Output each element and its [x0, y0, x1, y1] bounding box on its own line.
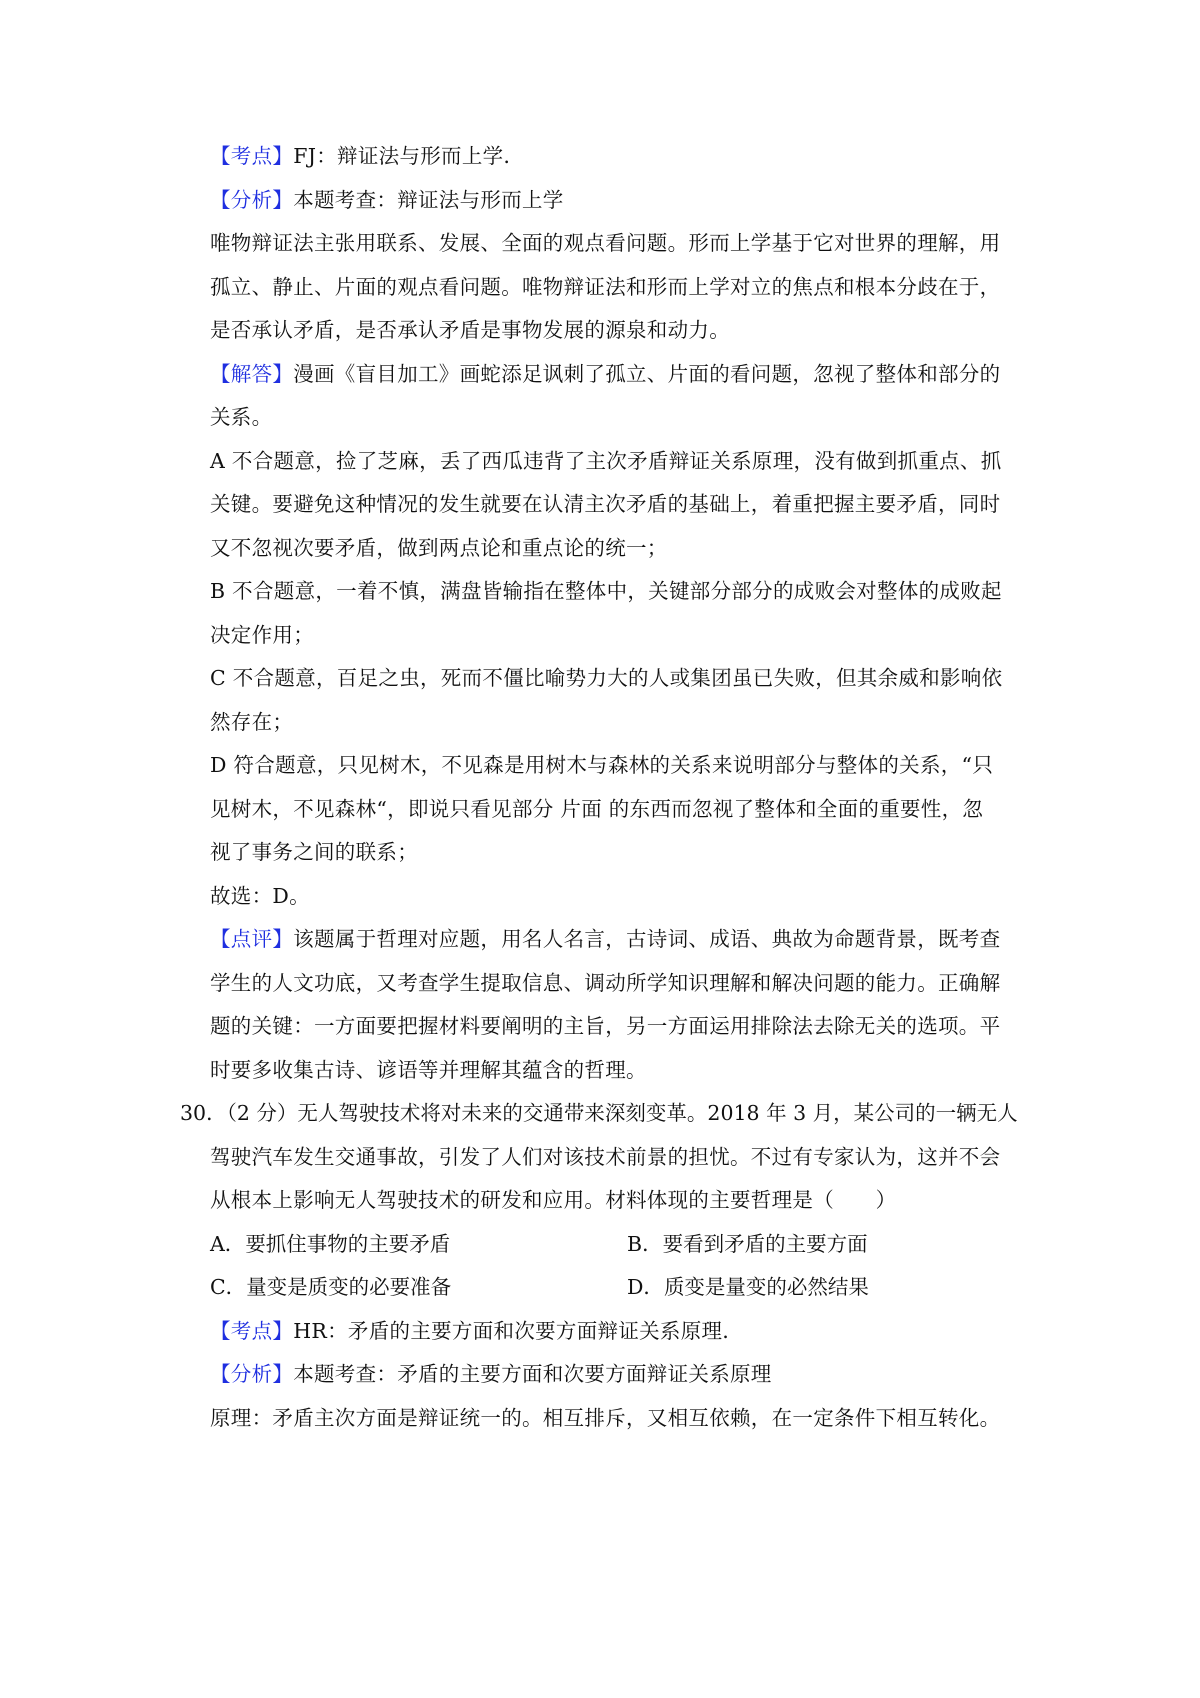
question-stem-line: 驾驶汽车发生交通事故，引发了人们对该技术前景的担忧。不过有专家认为，这并不会	[210, 1143, 1000, 1171]
fenxi-text: 本题考查：辩证法与形而上学	[293, 188, 563, 212]
option-label: C．	[210, 1275, 246, 1299]
jieda-body-line: A 不合题意，捡了芝麻，丢了西瓜违背了主次矛盾辩证关系原理，没有做到抓重点、抓	[210, 447, 1002, 475]
option-a: A．要抓住事物的主要矛盾	[210, 1230, 450, 1258]
jieda-body-line: D 符合题意，只见树木，不见森是用树木与森林的关系来说明部分与整体的关系，“只	[210, 751, 993, 779]
option-text: 要看到矛盾的主要方面	[663, 1232, 868, 1256]
jieda-body-line: B 不合题意，一着不慎，满盘皆输指在整体中，关键部分部分的成败会对整体的成败起	[210, 577, 1002, 605]
option-label: D．	[627, 1275, 664, 1299]
dianping-body-line: 题的关键：一方面要把握材料要阐明的主旨，另一方面运用排除法去除无关的选项。平	[210, 1012, 1000, 1040]
option-label: B．	[627, 1232, 663, 1256]
document-page: 【考点】FJ：辩证法与形而上学． 【分析】本题考查：辩证法与形而上学 唯物辩证法…	[0, 0, 1200, 1698]
jieda-tag: 【解答】	[210, 362, 293, 386]
fenxi-text: 本题考查：矛盾的主要方面和次要方面辩证关系原理	[293, 1362, 771, 1386]
question-stem-text: （2 分）无人驾驶技术将对未来的交通带来深刻变革。2018 年 3 月，某公司的…	[227, 1101, 1018, 1125]
kaodian-text: FJ：辩证法与形而上学．	[293, 144, 524, 168]
option-text: 量变是质变的必要准备	[246, 1275, 451, 1299]
jieda-body-line: C 不合题意，百足之虫，死而不僵比喻势力大的人或集团虽已失败，但其余威和影响依	[210, 664, 1002, 692]
dianping-text: 该题属于哲理对应题，用名人名言，古诗词、成语、典故为命题背景，既考查	[293, 927, 1000, 951]
fenxi-body-line: 孤立、静止、片面的观点看问题。唯物辩证法和形而上学对立的焦点和根本分歧在于，	[210, 273, 1000, 301]
jieda-text: 漫画《盲目加工》画蛇添足讽刺了孤立、片面的看问题，忽视了整体和部分的	[293, 362, 1000, 386]
jieda-body-line: 关系。	[210, 403, 272, 431]
fenxi-line: 【分析】本题考查：辩证法与形而上学	[210, 186, 564, 214]
q30-fenxi-body-line: 原理：矛盾主次方面是辩证统一的。相互排斥，又相互依赖，在一定条件下相互转化。	[210, 1404, 1000, 1432]
fenxi-body-line: 是否承认矛盾，是否承认矛盾是事物发展的源泉和动力。	[210, 316, 730, 344]
jieda-body-line: 决定作用；	[210, 621, 314, 649]
option-b: B．要看到矛盾的主要方面	[627, 1230, 868, 1258]
kaodian-tag: 【考点】	[210, 1319, 293, 1343]
fenxi-tag: 【分析】	[210, 188, 293, 212]
jieda-line: 【解答】漫画《盲目加工》画蛇添足讽刺了孤立、片面的看问题，忽视了整体和部分的	[210, 360, 1000, 388]
q30-fenxi-line: 【分析】本题考查：矛盾的主要方面和次要方面辩证关系原理	[210, 1360, 772, 1388]
q30-kaodian-line: 【考点】HR：矛盾的主要方面和次要方面辩证关系原理．	[210, 1317, 743, 1345]
option-text: 质变是量变的必然结果	[664, 1275, 869, 1299]
question-30-stem: 30．（2 分）无人驾驶技术将对未来的交通带来深刻变革。2018 年 3 月，某…	[180, 1099, 1018, 1127]
option-label: A．	[210, 1232, 245, 1256]
kaodian-line: 【考点】FJ：辩证法与形而上学．	[210, 142, 524, 170]
dianping-body-line: 学生的人文功底，又考查学生提取信息、调动所学知识理解和解决问题的能力。正确解	[210, 969, 1000, 997]
fenxi-body-line: 唯物辩证法主张用联系、发展、全面的观点看问题。形而上学基于它对世界的理解，用	[210, 229, 1000, 257]
dianping-line: 【点评】该题属于哲理对应题，用名人名言，古诗词、成语、典故为命题背景，既考查	[210, 925, 1000, 953]
jieda-body-line: 关键。要避免这种情况的发生就要在认清主次矛盾的基础上，着重把握主要矛盾，同时	[210, 490, 1000, 518]
option-d: D．质变是量变的必然结果	[627, 1273, 869, 1301]
option-c: C．量变是质变的必要准备	[210, 1273, 451, 1301]
kaodian-tag: 【考点】	[210, 144, 293, 168]
jieda-body-line: 然存在；	[210, 708, 293, 736]
question-stem-line: 从根本上影响无人驾驶技术的研发和应用。材料体现的主要哲理是（ ）	[210, 1186, 896, 1214]
jieda-body-line: 视了事务之间的联系；	[210, 838, 418, 866]
dianping-tag: 【点评】	[210, 927, 293, 951]
jieda-body-line: 又不忽视次要矛盾，做到两点论和重点论的统一；	[210, 534, 668, 562]
dianping-body-line: 时要多收集古诗、谚语等并理解其蕴含的哲理。	[210, 1056, 647, 1084]
option-text: 要抓住事物的主要矛盾	[245, 1232, 450, 1256]
jieda-answer-line: 故选：D。	[210, 882, 310, 910]
jieda-body-line: 见树木，不见森林“，即说只看见部分 片面 的东西而忽视了整体和全面的重要性，忽	[210, 795, 983, 823]
kaodian-text: HR：矛盾的主要方面和次要方面辩证关系原理．	[293, 1319, 743, 1343]
fenxi-tag: 【分析】	[210, 1362, 293, 1386]
question-number: 30．	[180, 1101, 227, 1125]
